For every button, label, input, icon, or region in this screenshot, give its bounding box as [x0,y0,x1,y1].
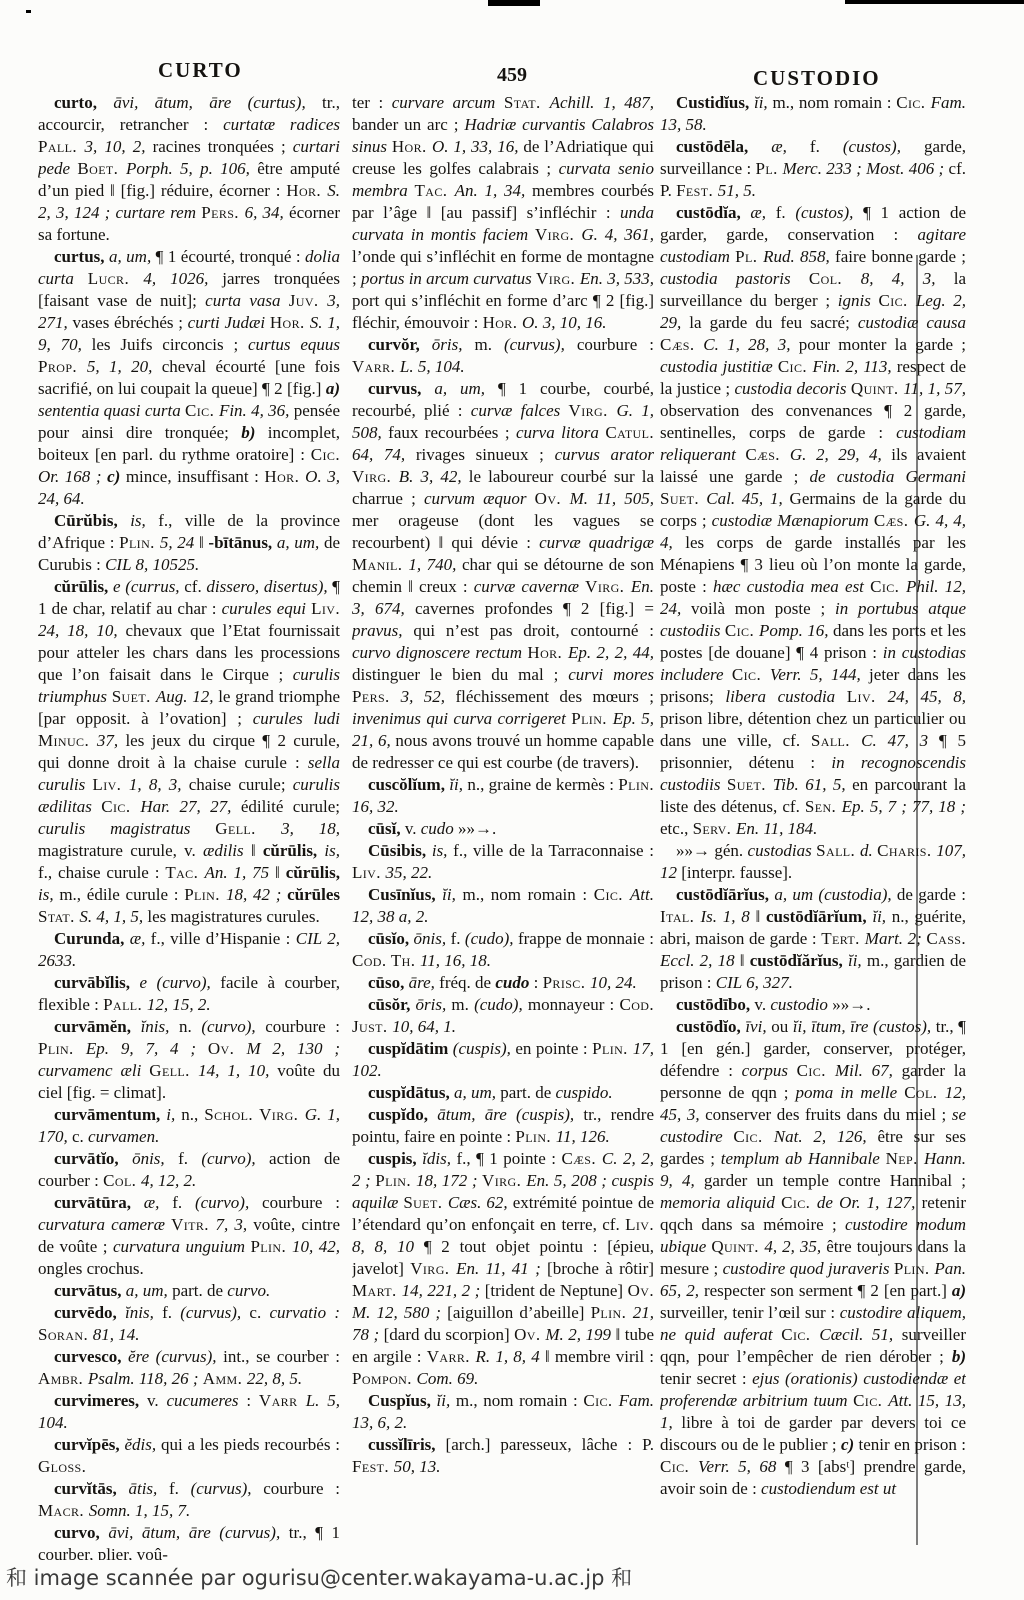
text-segment: m., édile curule : [59,885,184,904]
text-segment: »»→. [458,819,496,838]
entry-custodio: custōdĭo, īvi, ou ĭi, ītum, īre (custos)… [660,1016,966,1500]
text-segment: Plin. [571,709,613,728]
text-segment: custodiæ Mænapiorum [712,511,874,530]
text-segment: Aug. 12, [156,687,218,706]
text-segment: Col. [904,1083,945,1102]
text-segment: custodiæ causa [858,313,966,332]
text-segment: custodia decoris [734,379,850,398]
text-segment: Com. 69. [417,1369,479,1388]
text-segment: cūsŏr, [368,995,416,1014]
text-segment: 4, 2, 35, [764,1237,826,1256]
text-segment: Juv. [289,291,327,310]
text-segment: cŭrūles [287,885,340,904]
text-segment: courbure : [577,335,654,354]
text-segment: ĭi, [848,951,867,970]
text-segment: L. 5, 104. [400,357,465,376]
entry-custodela: custōdēla, æ, f. (custos), garde, survei… [660,136,966,202]
text-segment: dissero, disertus), [206,577,332,596]
text-segment: Cic. [853,1391,888,1410]
text-segment: An. 1, 75 [205,863,276,882]
text-segment: Fest. [352,1457,394,1476]
text-segment: curtus equus [248,335,340,354]
text-segment: Cic. [311,445,340,464]
text-segment: Suet. [727,775,773,794]
text-column-3: Custidĭus, ĭi, m., nom romain : Cic. Fam… [660,92,966,1560]
text-segment: G. 2, 29, 4, [790,445,891,464]
text-segment: Cæcil. 51, [819,1325,901,1344]
text-segment: Cæs. [745,445,789,464]
entry-cuspido: cuspĭdo, ātum, āre (cuspis), tr., rendre… [352,1104,654,1148]
text-segment: cŭrūlis, [263,841,325,860]
text-segment: cuspĭdo, [368,1105,437,1124]
text-segment: Cic. [583,1391,618,1410]
text-segment: (custos), [795,203,863,222]
text-segment: Tac. [415,181,455,200]
entry-curvamentum: curvāmentum, i, n., Schol. Virg. G. 1, 1… [38,1104,340,1148]
text-segment: [trident de Neptune] [485,1281,628,1300]
text-segment: Cic. [781,1193,817,1212]
text-segment: vases ébréchés ; [72,313,187,332]
text-segment: Virg. [410,1259,456,1278]
text-segment: f. [178,1149,201,1168]
text-segment: curvimeres, [54,1391,147,1410]
text-segment: 3, 18, [281,819,340,838]
text-segment: voilà mon poste ; [691,599,835,618]
text-segment: Cic. [660,1457,698,1476]
text-segment: n., graine de kermès : [467,775,618,794]
text-segment: Plin. [375,1171,416,1190]
text-segment: Cic. [879,291,916,310]
text-segment: ĭnis, [125,1303,162,1322]
text-segment: curules ludi [253,709,340,728]
text-segment: 11, 16, 18. [420,951,491,970]
text-segment: M. 11, 505, [570,489,654,508]
text-segment: Pall. [103,995,147,1014]
text-segment: Rud. 858, [763,247,835,266]
text-segment: cuspĭdātim [368,1039,453,1058]
text-segment: Quint. [711,1237,764,1256]
entry-curulis: cŭrūlis, e (currus, cf. dissero, disertu… [38,576,340,928]
page-number: 459 [462,64,562,87]
text-segment: d. [860,841,877,860]
text-segment: An. 1, 34, [455,181,532,200]
text-segment: Or. 168 ; [38,467,107,486]
text-segment: Pall. [38,137,85,156]
text-segment: cūsĭo, [368,929,414,948]
text-segment: : [246,1391,259,1410]
text-segment: 4, 12, 2. [141,1171,196,1190]
text-segment: curvāmĕn, [54,1017,141,1036]
text-segment: c) [841,1435,859,1454]
entry-cussiliris: cussĭlīris, [arch.] paresseux, lâche : P… [352,1434,654,1478]
text-segment: Hor. [527,643,568,662]
text-segment: Quint. [851,379,903,398]
text-segment: [arch.] paresseux, lâche : P. [446,1435,654,1454]
text-segment: 8, 4, 3, [861,269,954,288]
text-segment: int., se courber : [223,1347,340,1366]
text-segment: [aiguillon d’abeille] [447,1303,590,1322]
text-segment: ĭi, [754,93,772,112]
text-segment: ignis [838,291,879,310]
text-segment: Ital. [660,907,700,926]
text-segment: ĕdis, [124,1435,160,1454]
text-segment: Hor. [264,467,305,486]
text-segment: ‖ [251,841,263,860]
text-segment: chaise curule; [189,775,293,794]
text-segment: 6, 34, [245,203,289,222]
text-segment: ĭi, [442,885,462,904]
text-segment: -bītānus, [208,533,276,552]
text-segment: ĭi, [449,775,467,794]
text-segment: mince, insuffisant : [126,467,265,486]
text-segment: 14, 1, 10, [198,1061,277,1080]
text-segment: Plin. [592,1039,633,1058]
text-segment: curtatæ radices [223,115,340,134]
entry-curvabilis: curvābĭlis, e (curvo), facile à courber,… [38,972,340,1016]
text-segment: Gell. [149,1061,198,1080]
text-segment: ‖ [199,533,208,552]
text-segment: Plin. [38,1039,86,1058]
text-segment: curvare arcum [392,93,504,112]
text-segment: custodio [770,995,832,1014]
text-segment: Verr. 5, 144, [770,665,869,684]
text-segment: is, [324,841,340,860]
text-segment: v. [754,995,770,1014]
text-segment: ōris, [432,335,475,354]
text-segment: magistrature curule, v. [38,841,203,860]
text-segment: En. 11, 184. [736,819,817,838]
text-segment: f. [451,929,465,948]
text-segment: Custidĭus, [676,93,754,112]
text-segment: Virg. [569,401,617,420]
text-segment: ōnis, [132,1149,178,1168]
text-segment: curvæ cavernæ [474,577,585,596]
entry-curvus: curvus, a, um, ¶ 1 courbe, courbé, recou… [352,378,654,774]
text-segment: curvātūra, [54,1193,144,1212]
text-segment: portus in arcum curvatus [361,269,536,288]
text-segment: Varr. [427,1347,476,1366]
text-segment: qui n’est pas droit, contourné : [413,621,654,640]
text-segment: R. 1, 8, 4 [476,1347,545,1366]
text-segment: custōdĭārĭus, [676,885,774,904]
text-segment: m., nom romain : [456,1391,583,1410]
text-segment: faire bonne garde ; [835,247,966,266]
entry-curubis: Cūrŭbis, is, f., ville de la province d’… [38,510,340,576]
text-segment: curvæ falces [471,401,569,420]
text-segment: Cic. [733,1127,773,1146]
text-segment: édilité curule; [241,797,340,816]
entry-cuspidatim: cuspĭdātim (cuspis), en pointe : Plin. 1… [352,1038,654,1082]
text-segment: a, um, [277,533,324,552]
entry-cusi: cūsĭ, v. cudo »»→. [352,818,654,840]
text-segment: les magistratures curules. [147,907,319,926]
text-column-2: ter : curvare arcum Stat. Achill. 1, 487… [352,92,654,1560]
text-segment: ongles crochus. [38,1259,144,1278]
text-segment: 24, 45, 8, [888,687,966,706]
text-segment: a, um, [109,247,156,266]
scan-artifact-left-tick [26,10,31,13]
scan-artifact-top-right [845,0,1024,4]
text-segment: ‖ membre viril : [545,1347,654,1366]
text-segment: custōdībo, [676,995,754,1014]
text-segment: i, [166,1105,181,1124]
text-segment: 1, 740, [408,555,462,574]
text-segment: Liv. [352,863,386,882]
text-segment: curvi mores [568,665,654,684]
text-segment: v. [147,1391,166,1410]
entry-curvesco: curvesco, ĕre (curvus), int., se courber… [38,1346,340,1390]
entry-cuspis: cuspis, ĭdis, f., ¶ 1 pointe : Cæs. C. 2… [352,1148,654,1390]
text-segment: Cod. Th. [352,951,420,970]
text-segment: Pl. [735,247,763,266]
entry-cuspidatus: cuspĭdātus, a, um, part. de cuspido. [352,1082,654,1104]
text-segment: cūso, [368,973,409,992]
text-segment: Stat. [504,93,550,112]
text-segment: āre, [409,973,440,992]
text-segment: part. de [172,1281,227,1300]
text-segment: 50, 13. [394,1457,441,1476]
text-segment: (cudo), [474,995,528,1014]
text-segment: 11, 1, 57, [903,379,966,398]
text-segment: En. 11, 41 ; [456,1259,547,1278]
text-segment: cuspis, [368,1149,422,1168]
text-segment: Hor. [286,181,327,200]
text-segment: M. 12, 580 ; [352,1303,447,1322]
text-segment: Tib. 61, 5, [773,775,852,794]
text-segment: f., ¶ 1 pointe : [456,1149,561,1168]
text-segment: Achill. 1, 487, [550,93,654,112]
text-segment: curto, [54,93,113,112]
text-segment: Gloss. [38,1457,86,1476]
text-segment: Porph. 5, p. 106, [126,159,257,178]
text-segment: (custos), [843,137,924,156]
text-segment: ĭi, [872,907,891,926]
entry-curvatura: curvātūra, æ, f. (curvo), courbure : cur… [38,1192,340,1280]
text-segment: Ov. [514,1325,545,1344]
text-segment: 5, 1, 20, [87,357,162,376]
text-segment: f., ville d’Hispanie : [151,929,296,948]
text-segment: custōdĭo, [676,1017,745,1036]
text-segment: Virg. [535,225,581,244]
text-segment: curvĭtās, [54,1479,128,1498]
text-segment: curvæ quadrigæ [539,533,654,552]
text-segment: cudo [495,973,533,992]
text-segment: 10, 24. [590,973,637,992]
text-segment: Ambr. [38,1369,88,1388]
text-segment: n. [179,1017,201,1036]
text-segment: templum ab Hannibale [721,1149,886,1168]
text-segment: libera custodia [725,687,846,706]
text-segment: Fin. 2, 113, [812,357,896,376]
text-segment: O. 3, 10, 16. [522,313,607,332]
text-segment: curti Judæi [188,313,270,332]
text-segment: (curvo), [201,1149,269,1168]
text-segment: courbure : [262,1193,340,1212]
text-segment: 51, 5. [718,181,756,200]
text-segment: Plin. [250,1237,292,1256]
text-column-1: curto, āvi, ātum, āre (curtus), tr., acc… [38,92,340,1560]
entry-cusor: cūsŏr, ōris, m. (cudo), monnayeur : Cod.… [352,994,654,1038]
text-segment: frappe de monnaie : [518,929,654,948]
text-segment: Verr. 5, 68 [698,1457,785,1476]
text-segment: f. [776,203,796,222]
text-segment: æ, [771,137,810,156]
text-segment: Cæs. 62, [448,1193,513,1212]
text-segment: memoria aliquid [660,1193,781,1212]
entry-curvatio: curvātĭo, ōnis, f. (curvo), action de co… [38,1148,340,1192]
text-segment: la garde du feu sacré; [689,313,858,332]
text-segment: ædilis [203,841,251,860]
running-head-right: CUSTODIO [753,66,881,91]
text-segment: 8, 8, 10 [352,1237,424,1256]
entry-cuso: cūso, āre, fréq. de cudo : Prisc. 10, 24… [352,972,654,994]
text-segment: custodia justitiæ [660,357,778,376]
text-segment: Sen. [805,797,842,816]
text-segment: Ep. 9, 7, 4 ; [86,1039,208,1058]
text-segment: b) [952,1347,966,1366]
text-segment: hæc custodia mea est [713,577,870,596]
text-segment: curvātĭo, [54,1149,132,1168]
text-segment: curtus, [54,247,109,266]
text-segment: æ, [750,203,775,222]
text-segment: custōdĭārĭum, [766,907,872,926]
text-segment: Plin. [515,1127,555,1146]
text-segment: Nat. 2, 126, [774,1127,878,1146]
text-segment: fléchissement des mœurs ; [456,687,655,706]
text-segment: C. 47, 3 [861,731,939,750]
text-segment: 18, 42 ; [226,885,287,904]
text-segment: de garde : [897,885,966,904]
text-segment: : [534,973,543,992]
text-segment: Soran. [38,1325,93,1344]
text-segment: Curunda, [54,929,130,948]
text-segment: nous avons trouvé un homme capable de re… [352,731,654,772]
text-segment: Cal. 45, 1, [706,489,789,508]
text-segment: Prisc. [543,973,590,992]
text-segment: B. 3, 42, [399,467,469,486]
text-segment: n., [181,1105,204,1124]
text-segment: Macr. [38,1501,89,1520]
text-segment: 14, 221, 2 ; [402,1281,485,1300]
text-segment: Fin. 4, 36, [219,401,294,420]
text-segment: Col. [809,269,861,288]
text-segment: a, um, [126,1281,172,1300]
entry-curvedo: curvēdo, ĭnis, f. (curvus), c. curvatio … [38,1302,340,1346]
text-segment: īvi, [745,1017,771,1036]
entry-cusio: cūsĭo, ōnis, f. (cudo), frappe de monnai… [352,928,654,972]
text-segment: 18, 172 ; [416,1171,482,1190]
text-segment: invenimus qui curva corrigeret [352,709,571,728]
text-segment: c. [249,1303,269,1322]
scan-artifact-top-center [488,0,540,6]
text-segment: curvatura unguium [113,1237,251,1256]
text-segment: »»→ gén. [676,841,748,860]
text-segment: curvamen. [88,1127,159,1146]
text-segment: m., nom romain : [462,885,593,904]
text-segment: custodia pastoris [660,269,809,288]
text-segment: curvŏr, [368,335,432,354]
text-segment: āvi, ātum, āre (curvus), [108,1523,288,1542]
text-segment: b) [241,423,268,442]
text-segment: curta vasa [205,291,289,310]
text-segment: ‖ [755,907,766,926]
text-segment: Liv. [92,775,128,794]
text-segment: 22, 8, 5. [247,1369,302,1388]
text-segment: (cudo), [465,929,518,948]
text-segment: curvātus, [54,1281,126,1300]
text-segment: 7, 3, [215,1215,253,1234]
text-segment: curvo, [54,1523,108,1542]
text-segment: ĭi, ītum, īre (custos), [793,1017,936,1036]
text-segment: Cic. [778,357,813,376]
text-segment: a) [326,379,340,398]
text-segment: Cic. [797,1061,835,1080]
text-segment: curvus, [368,379,434,398]
text-segment: cūsĭ, [368,819,405,838]
text-segment: Ov. [208,1039,247,1058]
text-segment: fréq. de [439,973,495,992]
text-segment: custōdĭa, [676,203,750,222]
text-segment: Cic. [725,621,759,640]
text-segment: tenir secret : [660,1369,752,1388]
text-segment: Plin. [894,1259,935,1278]
text-segment: curva litora [516,423,605,442]
text-segment: Is. 1, 8 [700,907,755,926]
entry-cusinius: Cusīnĭus, ĭi, m., nom romain : Cic. Att.… [352,884,654,928]
text-segment: āvi, ātum, āre (curtus), [113,93,322,112]
text-segment: Cass. [926,929,966,948]
text-segment: a, um, [434,379,498,398]
text-segment: curvēdo, [54,1303,125,1322]
text-segment: ¶ 1 écourté, tronqué : [156,247,305,266]
text-segment: ĭnis, [141,1017,179,1036]
text-segment: Boet. [77,159,126,178]
text-segment: curvum æquor [424,489,535,508]
text-segment: S. 4, 1, 5, [79,907,147,926]
text-segment: Cuspĭus, [368,1391,437,1410]
text-segment: a, um, [454,1083,500,1102]
entry-curvo-continuation: ter : curvare arcum Stat. Achill. 1, 487… [352,92,654,334]
text-segment: e (currus, [113,577,184,596]
text-segment: Col. [103,1171,141,1190]
text-segment: ātis, [128,1479,169,1498]
text-segment: c. [72,1127,88,1146]
text-segment: 5, 24 [160,533,199,552]
text-segment: Cic. [870,577,906,596]
text-segment: 64, 74, [352,445,416,464]
text-segment: Schol. Virg. [204,1105,304,1124]
text-segment: Suet. [112,687,156,706]
text-segment: part. de [500,1083,555,1102]
text-segment: de Or. 1, 127, [817,1193,922,1212]
text-segment: Suet. [660,489,706,508]
text-segment: Hor. [392,137,432,156]
entry-cusibis: Cūsibis, is, f., ville de la Tarraconnai… [352,840,654,884]
text-segment: cucumeres [166,1391,246,1410]
text-segment: Plin. [591,1303,633,1322]
running-head-left: CURTO [158,58,243,83]
text-segment: Prop. [38,357,87,376]
text-segment: curvo. [227,1281,270,1300]
scan-attribution: 和 image scannée par ogurisu@center.wakay… [6,1562,1016,1592]
text-segment: Eccl. 2, 18 [660,951,740,970]
text-segment: Varr [259,1391,306,1410]
text-segment: CIL 8, 10525. [105,555,199,574]
text-segment: Minuc. [38,731,97,750]
text-segment: Sall. [816,841,860,860]
text-segment: 4, 1026, [143,269,222,288]
entry-cuspius: Cuspĭus, ĭi, m., nom romain : Cic. Fam. … [352,1390,654,1434]
